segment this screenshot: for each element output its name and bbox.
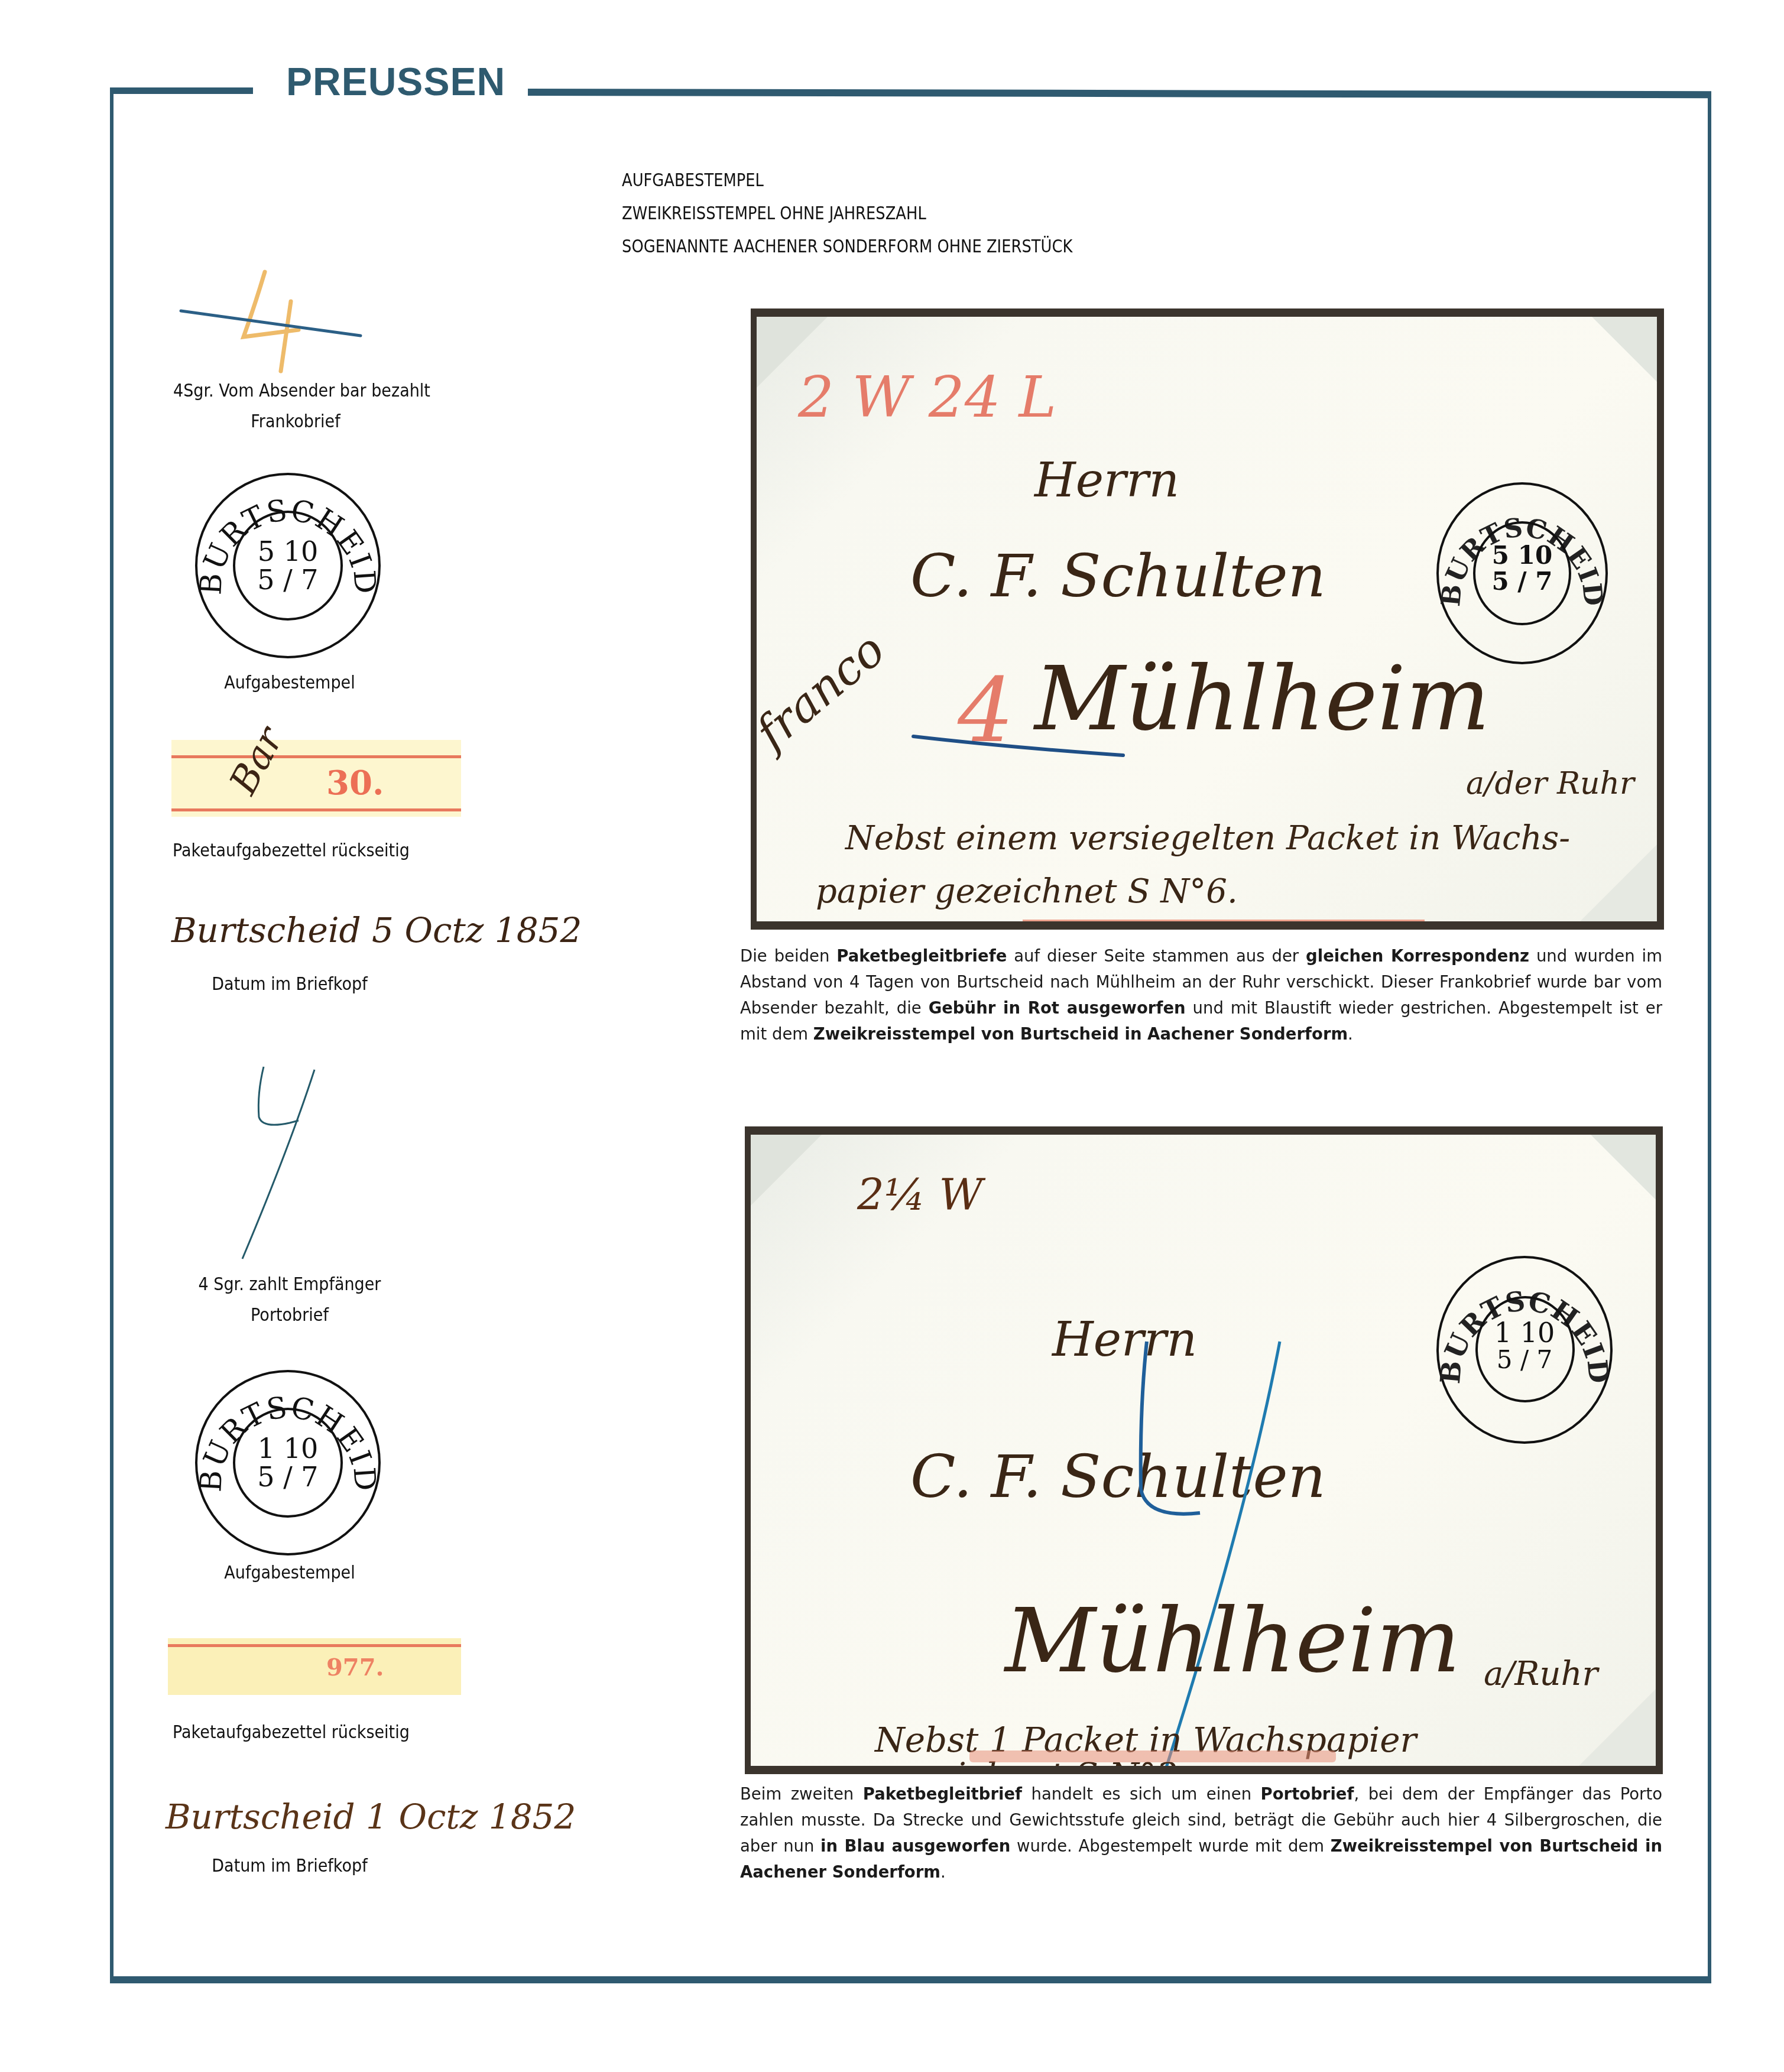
subtitle-1: AUFGABESTEMPEL	[622, 164, 1072, 197]
letterhead-date-2: Burtscheid 1 Octz 1852	[166, 1797, 576, 1837]
franco-caption-line2: Frankobrief	[173, 407, 418, 437]
photo-corner	[751, 1135, 822, 1206]
letterhead-date-1: Burtscheid 5 Octz 1852	[171, 910, 582, 950]
note-line-2: papier gezeichnet S N°6.	[816, 872, 1238, 911]
frame-top-left-segment	[110, 87, 253, 94]
destination: Mühlheim	[1034, 648, 1490, 751]
weight-note: 2¼ W	[857, 1170, 982, 1220]
parcel-label-2: 977.	[168, 1638, 461, 1695]
frame-top-right-segment	[528, 89, 1711, 98]
red-underline	[1023, 920, 1425, 921]
weight-note: 2 W 24 L	[798, 364, 1056, 430]
destination: Mühlheim	[1005, 1590, 1460, 1693]
postmark-date-line1: 1 10	[197, 1434, 378, 1463]
photo-corner	[1579, 1689, 1656, 1766]
date2-caption: Datum im Briefkopf	[183, 1851, 396, 1882]
label-number: 30.	[326, 764, 384, 803]
parcel-label-1: Bar 30.	[171, 740, 461, 817]
label-number: 977.	[326, 1654, 384, 1681]
cover-paper: 2 W 24 L Herrn C. F. Schulten franco 4 M…	[757, 317, 1657, 921]
header-subtitles: AUFGABESTEMPEL ZWEIKREISSTEMPEL OHNE JAH…	[622, 164, 1146, 264]
frame-right-border	[1708, 93, 1711, 1983]
red-underline	[969, 1751, 1336, 1762]
cover-franco-letter: 2 W 24 L Herrn C. F. Schulten franco 4 M…	[751, 308, 1664, 930]
postmark-date-line2: 5 / 7	[1439, 1347, 1610, 1373]
label2-caption: Paketaufgabezettel rückseitig	[173, 1717, 407, 1748]
postmark-burtscheid-5-10: BURTSCHEID 5 10 5 / 7	[195, 473, 381, 658]
stamp2-caption: Aufgabestempel	[183, 1558, 396, 1589]
cover1-description: Die beiden Paketbegleitbriefe auf dieser…	[740, 943, 1662, 1047]
cover2-description: Beim zweiten Paketbegleitbrief handelt e…	[740, 1781, 1662, 1885]
destination-suffix: a/der Ruhr	[1466, 766, 1634, 801]
franco-caption-line1: 4Sgr. Vom Absender bar bezahlt	[173, 376, 418, 407]
porto-caption-line2: Portobrief	[183, 1300, 396, 1331]
franco-fee-marking	[177, 266, 414, 384]
frame-left-border	[110, 90, 113, 1983]
franco-note: franco	[757, 623, 895, 760]
porto-caption-line1: 4 Sgr. zahlt Empfänger	[183, 1269, 396, 1300]
postmark-date-line1: 1 10	[1439, 1318, 1610, 1347]
postmark-burtscheid-1-10: BURTSCHEID 1 10 5 / 7	[195, 1370, 381, 1555]
cover-postmark: BURTSCHEID 5 10 5 / 7	[1436, 482, 1608, 664]
label-rule-bottom	[171, 808, 461, 811]
blue-fee-four	[1070, 1336, 1318, 1766]
photo-corner	[1592, 317, 1657, 382]
cover-paper: 2¼ W Herrn C. F. Schulten Mühlheim a/Ruh…	[751, 1135, 1656, 1766]
stamp1-caption: Aufgabestempel	[183, 668, 396, 699]
porto-fee-marking	[225, 1064, 372, 1277]
postmark-date-line2: 5 / 7	[197, 1463, 378, 1491]
salutation: Herrn	[1034, 453, 1179, 508]
postmark-date-line2: 5 / 7	[1439, 569, 1605, 595]
label-rule-top	[171, 755, 461, 758]
subtitle-2: ZWEIKREISSTEMPEL OHNE JAHRESZAHL	[622, 197, 1072, 230]
destination-suffix: a/Ruhr	[1484, 1655, 1598, 1693]
addressee: C. F. Schulten	[910, 541, 1326, 610]
label-handwriting: Bar	[222, 720, 293, 801]
photo-corner	[1591, 1135, 1656, 1200]
cover-postmark: BURTSCHEID 1 10 5 / 7	[1436, 1256, 1613, 1444]
handwritten-four-icon	[225, 1064, 372, 1277]
postmark-date-line1: 5 10	[1439, 543, 1605, 569]
subtitle-3: SOGENANNTE AACHENER SONDERFORM OHNE ZIER…	[622, 230, 1072, 264]
postmark-date-line2: 5 / 7	[197, 566, 378, 594]
note-line-1: Nebst einem versiegelten Packet in Wachs…	[845, 819, 1570, 858]
date1-caption: Datum im Briefkopf	[183, 969, 396, 1000]
crossed-four-icon	[177, 266, 414, 384]
postmark-date-line1: 5 10	[197, 537, 378, 566]
label-rule-top	[168, 1644, 461, 1647]
page-title: PREUSSEN	[286, 62, 505, 101]
frame-bottom-border	[110, 1976, 1711, 1983]
label1-caption: Paketaufgabezettel rückseitig	[173, 836, 407, 866]
photo-corner	[1580, 845, 1657, 921]
cover-porto-letter: 2¼ W Herrn C. F. Schulten Mühlheim a/Ruh…	[745, 1126, 1663, 1774]
